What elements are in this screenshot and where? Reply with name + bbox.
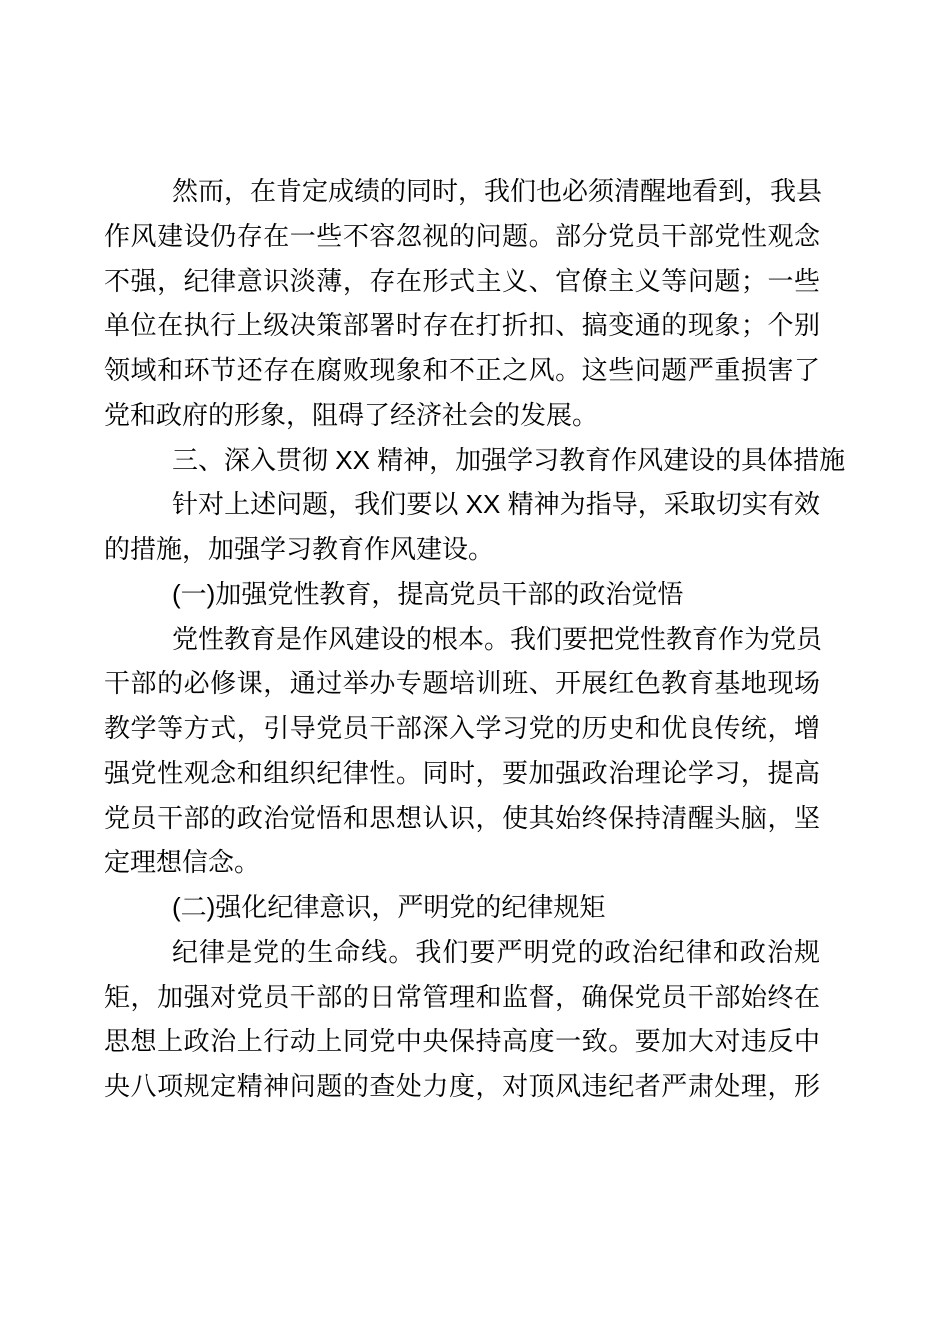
text-line: 央八项规定精神问题的查处力度，对顶风违纪者严肃处理，形 xyxy=(104,1064,820,1109)
text-line: 教学等方式，引导党员干部深入学习党的历史和优良传统，增 xyxy=(104,706,820,751)
text-line: 定理想信念。 xyxy=(104,840,820,885)
paragraph: 然而，在肯定成绩的同时，我们也必须清醒地看到，我县作风建设仍存在一些不容忽视的问… xyxy=(104,169,820,438)
text-line: 领域和环节还存在腐败现象和不正之风。这些问题严重损害了 xyxy=(104,348,820,393)
text-line: 单位在执行上级决策部署时存在打折扣、搞变通的现象；个别 xyxy=(104,303,820,348)
text-line: 强党性观念和组织纪律性。同时，要加强政治理论学习，提高 xyxy=(104,751,820,796)
text-line: 针对上述问题，我们要以 XX 精神为指导，采取切实有效 xyxy=(104,482,820,527)
text-line: 纪律是党的生命线。我们要严明党的政治纪律和政治规 xyxy=(104,930,820,975)
text-line: 党员干部的政治觉悟和思想认识，使其始终保持清醒头脑，坚 xyxy=(104,796,820,841)
subheading: (二)强化纪律意识，严明党的纪律规矩 xyxy=(104,885,820,930)
paragraph: 针对上述问题，我们要以 XX 精神为指导，采取切实有效的措施，加强学习教育作风建… xyxy=(104,482,820,572)
text-line: 矩，加强对党员干部的日常管理和监督，确保党员干部始终在 xyxy=(104,975,820,1020)
text-line: 党和政府的形象，阻碍了经济社会的发展。 xyxy=(104,393,820,438)
subheading: (一)加强党性教育，提高党员干部的政治觉悟 xyxy=(104,572,820,617)
text-line: 的措施，加强学习教育作风建设。 xyxy=(104,527,820,572)
text-line: 干部的必修课，通过举办专题培训班、开展红色教育基地现场 xyxy=(104,661,820,706)
text-line: 党性教育是作风建设的根本。我们要把党性教育作为党员 xyxy=(104,617,820,662)
paragraph: 党性教育是作风建设的根本。我们要把党性教育作为党员干部的必修课，通过举办专题培训… xyxy=(104,617,820,886)
text-line: 作风建设仍存在一些不容忽视的问题。部分党员干部党性观念 xyxy=(104,214,820,259)
document-page: 然而，在肯定成绩的同时，我们也必须清醒地看到，我县作风建设仍存在一些不容忽视的问… xyxy=(0,0,950,1344)
paragraph: 纪律是党的生命线。我们要严明党的政治纪律和政治规矩，加强对党员干部的日常管理和监… xyxy=(104,930,820,1109)
text-line: (一)加强党性教育，提高党员干部的政治觉悟 xyxy=(104,572,820,617)
text-line: (二)强化纪律意识，严明党的纪律规矩 xyxy=(104,885,820,930)
heading: 三、深入贯彻 XX 精神，加强学习教育作风建设的具体措施 xyxy=(104,438,820,483)
document-body: 然而，在肯定成绩的同时，我们也必须清醒地看到，我县作风建设仍存在一些不容忽视的问… xyxy=(104,169,820,1109)
text-line: 思想上政治上行动上同党中央保持高度一致。要加大对违反中 xyxy=(104,1019,820,1064)
text-line: 三、深入贯彻 XX 精神，加强学习教育作风建设的具体措施 xyxy=(104,438,820,483)
text-line: 然而，在肯定成绩的同时，我们也必须清醒地看到，我县 xyxy=(104,169,820,214)
text-line: 不强，纪律意识淡薄，存在形式主义、官僚主义等问题；一些 xyxy=(104,259,820,304)
